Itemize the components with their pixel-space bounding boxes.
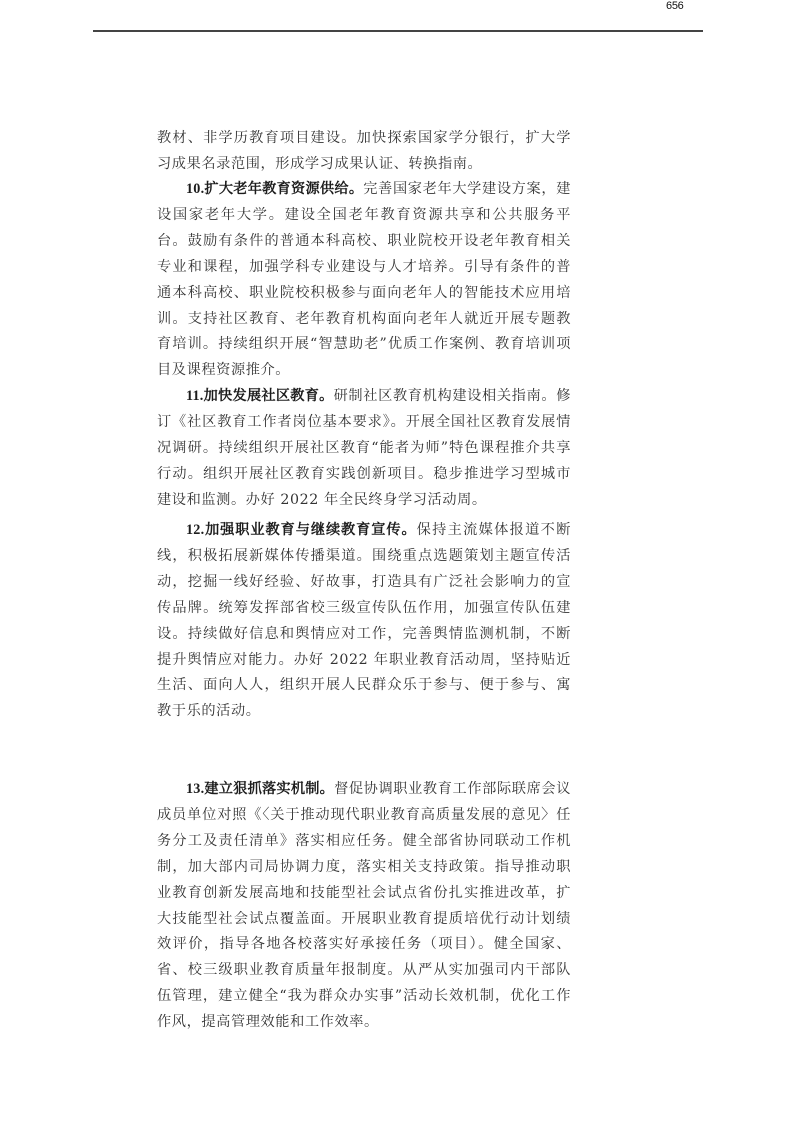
header-rule — [93, 30, 703, 32]
item-lead: 建立狠抓落实机制。 — [204, 781, 334, 797]
paragraph-item-10: 10.扩大老年教育资源供给。完善国家老年大学建设方案，建设国家老年大学。建设全国… — [157, 177, 571, 384]
paragraph-item-11: 11.加快发展社区教育。研制社区教育机构建设相关指南。修订《社区教育工作者岗位基… — [157, 384, 571, 514]
paragraph-item-12: 12.加强职业教育与继续教育宣传。保持主流媒体报道不断线，积极拓展新媒体传播渠道… — [157, 518, 571, 725]
item-heading: 12.加强职业教育与继续教育宣传。 — [186, 522, 417, 538]
item-heading: 10.扩大老年教育资源供给。 — [186, 181, 363, 197]
paragraph-text: 完善国家老年大学建设方案，建设国家老年大学。建设全国老年教育资源共享和公共服务平… — [157, 181, 571, 378]
paragraph-text: 督促协调职业教育工作部际联席会议成员单位对照《〈关于推动现代职业教育高质量发展的… — [157, 781, 571, 1030]
paragraph-text: 教材、非学历教育项目建设。加快探索国家学分银行，扩大学习成果名录范围，形成学习成… — [157, 130, 571, 172]
item-number: 13. — [186, 781, 204, 797]
paragraph-item-13: 13.建立狠抓落实机制。督促协调职业教育工作部际联席会议成员单位对照《〈关于推动… — [157, 777, 571, 1036]
item-lead: 扩大老年教育资源供给。 — [204, 181, 363, 197]
page-number: 656 — [666, 0, 683, 12]
paragraph-text: 保持主流媒体报道不断线，积极拓展新媒体传播渠道。围绕重点选题策划主题宣传活动，挖… — [157, 522, 571, 719]
item-heading: 13.建立狠抓落实机制。 — [186, 781, 334, 797]
item-number: 12. — [186, 522, 204, 538]
item-lead: 加快发展社区教育。 — [204, 388, 334, 404]
paragraph-text: 研制社区教育机构建设相关指南。修订《社区教育工作者岗位基本要求》。开展全国社区教… — [157, 388, 571, 508]
item-number: 10. — [186, 181, 204, 197]
item-heading: 11.加快发展社区教育。 — [186, 388, 334, 404]
item-lead: 加强职业教育与继续教育宣传。 — [204, 522, 416, 538]
paragraph-continuation: 教材、非学历教育项目建设。加快探索国家学分银行，扩大学习成果名录范围，形成学习成… — [157, 126, 571, 178]
item-number: 11. — [186, 388, 204, 404]
